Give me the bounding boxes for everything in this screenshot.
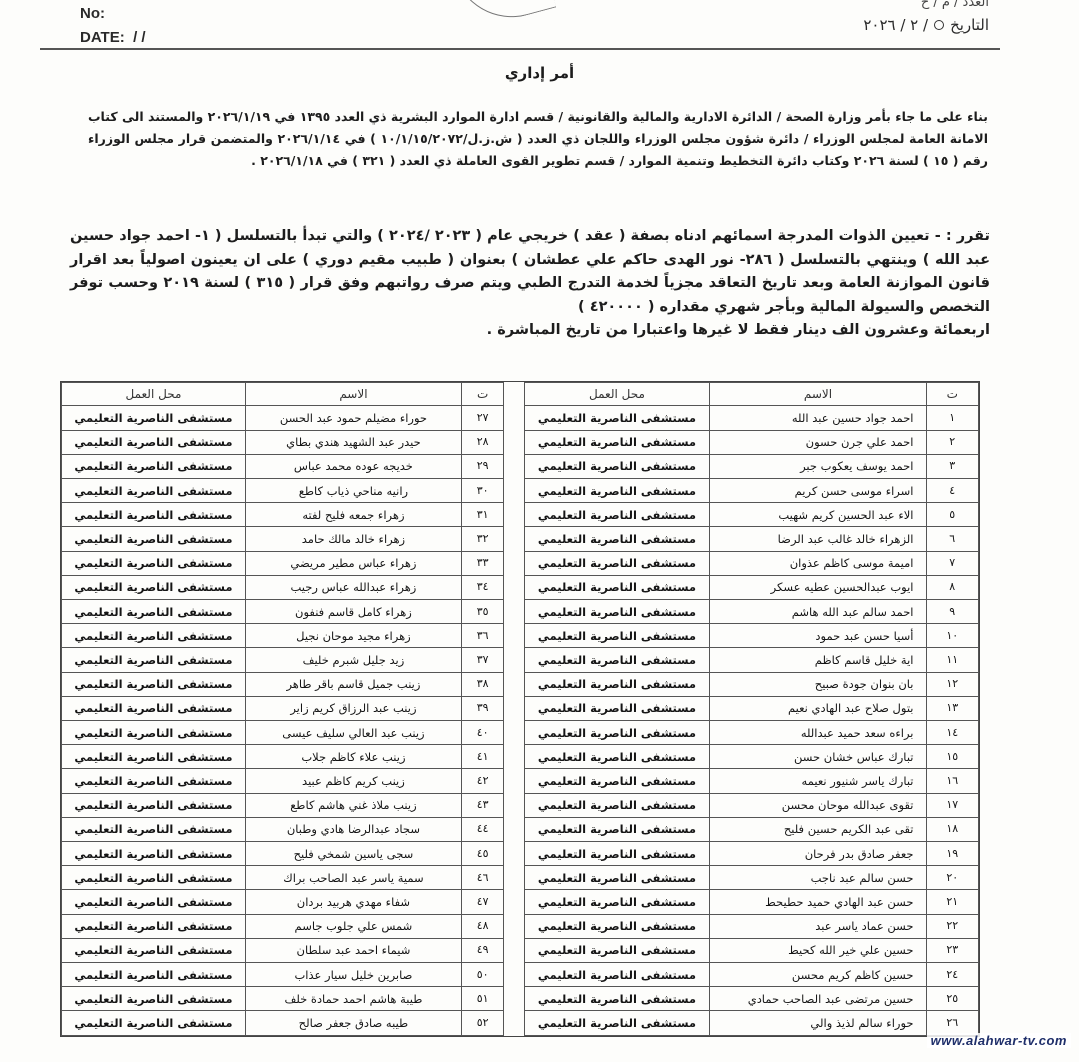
table-row: ٥الاء عبد الحسين كريم شهيبمستشفى الناصري…	[62, 503, 979, 527]
person-name: تقى عبد الكريم حسين فليح	[710, 817, 926, 841]
person-name: حوراء سالم لذيذ والي	[710, 1011, 926, 1036]
row-number: ٤٢	[461, 769, 503, 793]
row-number: ٣٠	[461, 479, 503, 503]
person-name: ايوب عبدالحسين عطيه عسكر	[710, 575, 926, 599]
person-name: احمد علي جرن حسون	[710, 430, 926, 454]
date-field: DATE: / /	[80, 26, 146, 50]
workplace: مستشفى الناصرية التعليمي	[524, 503, 710, 527]
person-name: بتول صلاح عبد الهادي نعيم	[710, 696, 926, 720]
arabic-date-value: / ٢ / ٢٠٢٦	[863, 16, 928, 34]
header-arabic: العدد / م / خ التاريخ / ٢ / ٢٠٢٦	[863, 0, 989, 34]
person-name: زينب كريم كاظم عبيد	[245, 769, 461, 793]
reference-number-partial: العدد / م / خ	[863, 0, 989, 10]
workplace: مستشفى الناصرية التعليمي	[524, 430, 710, 454]
row-number: ٢٩	[461, 454, 503, 478]
table-row: ١٥تبارك عباس خشان حسنمستشفى الناصرية الت…	[62, 745, 979, 769]
row-number: ٣٨	[461, 672, 503, 696]
arabic-date-label: التاريخ	[950, 16, 989, 34]
row-number: ٢٣	[926, 938, 979, 962]
row-number: ٤٤	[461, 817, 503, 841]
header-num-right: ت	[926, 383, 979, 406]
row-number: ٢١	[926, 890, 979, 914]
workplace: مستشفى الناصرية التعليمي	[62, 745, 246, 769]
header-name-right: الاسم	[710, 383, 926, 406]
column-gap	[504, 745, 524, 769]
table-row: ٣احمد يوسف يعكوب جبرمستشفى الناصرية التع…	[62, 454, 979, 478]
row-number: ٦	[926, 527, 979, 551]
person-name: زيد جليل شبرم خليف	[245, 648, 461, 672]
row-number: ٥١	[461, 987, 503, 1011]
column-gap	[504, 672, 524, 696]
header-place-right: محل العمل	[524, 383, 710, 406]
workplace: مستشفى الناصرية التعليمي	[62, 527, 246, 551]
workplace: مستشفى الناصرية التعليمي	[62, 914, 246, 938]
table-header-row: ت الاسم محل العمل ت الاسم محل العمل	[62, 383, 979, 406]
table-body: ١احمد جواد حسين عبد اللهمستشفى الناصرية …	[62, 406, 979, 1036]
workplace: مستشفى الناصرية التعليمي	[524, 842, 710, 866]
row-number: ٤٦	[461, 866, 503, 890]
row-number: ١٨	[926, 817, 979, 841]
row-number: ٢٦	[926, 1011, 979, 1036]
column-gap	[504, 842, 524, 866]
person-name: حيدر عبد الشهيد هندي بطاي	[245, 430, 461, 454]
row-number: ٤٧	[461, 890, 503, 914]
person-name: حسن سالم عبد ناجب	[710, 866, 926, 890]
column-gap	[504, 575, 524, 599]
row-number: ١٧	[926, 793, 979, 817]
column-gap	[504, 963, 524, 987]
table-row: ١٨تقى عبد الكريم حسين فليحمستشفى الناصري…	[62, 817, 979, 841]
workplace: مستشفى الناصرية التعليمي	[62, 963, 246, 987]
workplace: مستشفى الناصرية التعليمي	[524, 745, 710, 769]
workplace: مستشفى الناصرية التعليمي	[524, 551, 710, 575]
workplace: مستشفى الناصرية التعليمي	[62, 890, 246, 914]
person-name: تبارك عباس خشان حسن	[710, 745, 926, 769]
workplace: مستشفى الناصرية التعليمي	[62, 624, 246, 648]
table-row: ٢٠حسن سالم عبد ناجبمستشفى الناصرية التعل…	[62, 866, 979, 890]
workplace: مستشفى الناصرية التعليمي	[524, 721, 710, 745]
person-name: زينب عبد الرزاق كريم زاير	[245, 696, 461, 720]
workplace: مستشفى الناصرية التعليمي	[524, 527, 710, 551]
workplace: مستشفى الناصرية التعليمي	[62, 817, 246, 841]
person-name: زهراء عبدالله عباس رجيب	[245, 575, 461, 599]
person-name: شفاء مهدي هربيد بردان	[245, 890, 461, 914]
row-number: ٥	[926, 503, 979, 527]
table-row: ٤اسراء موسى حسن كريممستشفى الناصرية التع…	[62, 479, 979, 503]
person-name: طيبة هاشم احمد حمادة خلف	[245, 987, 461, 1011]
person-name: تبارك ياسر شنيور نعيمه	[710, 769, 926, 793]
table-row: ٢٦حوراء سالم لذيذ واليمستشفى الناصرية ال…	[62, 1011, 979, 1036]
workplace: مستشفى الناصرية التعليمي	[62, 479, 246, 503]
person-name: زهراء عباس مطير مريضي	[245, 551, 461, 575]
row-number: ٤	[926, 479, 979, 503]
row-number: ٢٤	[926, 963, 979, 987]
column-gap	[504, 503, 524, 527]
workplace: مستشفى الناصرية التعليمي	[62, 454, 246, 478]
row-number: ٣٤	[461, 575, 503, 599]
person-name: احمد جواد حسين عبد الله	[710, 406, 926, 430]
person-name: اية خليل قاسم كاظم	[710, 648, 926, 672]
column-gap	[504, 914, 524, 938]
workplace: مستشفى الناصرية التعليمي	[62, 769, 246, 793]
document-title: أمر إداري	[0, 64, 1079, 82]
person-name: زينب جميل قاسم باقر طاهر	[245, 672, 461, 696]
workplace: مستشفى الناصرية التعليمي	[524, 600, 710, 624]
row-number: ٢	[926, 430, 979, 454]
table-row: ١٦تبارك ياسر شنيور نعيمهمستشفى الناصرية …	[62, 769, 979, 793]
table-row: ٧اميمة موسى كاظم عذوانمستشفى الناصرية ال…	[62, 551, 979, 575]
workplace: مستشفى الناصرية التعليمي	[62, 1011, 246, 1036]
workplace: مستشفى الناصرية التعليمي	[62, 866, 246, 890]
row-number: ٣	[926, 454, 979, 478]
table-row: ١٢بان بنوان جودة صبيحمستشفى الناصرية الت…	[62, 672, 979, 696]
arabic-date-row: التاريخ / ٢ / ٢٠٢٦	[863, 16, 989, 34]
row-number: ١٠	[926, 624, 979, 648]
workplace: مستشفى الناصرية التعليمي	[62, 503, 246, 527]
table-row: ٢١حسن عبد الهادي حميد حطيحطمستشفى الناصر…	[62, 890, 979, 914]
person-name: أسيا حسن عبد حمود	[710, 624, 926, 648]
preamble-paragraph: بناء على ما جاء بأمر وزارة الصحة / الدائ…	[88, 106, 988, 172]
row-number: ٧	[926, 551, 979, 575]
person-name: حوراء مضيلم حمود عبد الحسن	[245, 406, 461, 430]
person-name: طيبه صادق جعفر صالح	[245, 1011, 461, 1036]
row-number: ٤١	[461, 745, 503, 769]
table-row: ١٩جعفر صادق بدر فرحانمستشفى الناصرية الت…	[62, 842, 979, 866]
table-row: ١٣بتول صلاح عبد الهادي نعيممستشفى الناصر…	[62, 696, 979, 720]
workplace: مستشفى الناصرية التعليمي	[524, 648, 710, 672]
table-row: ١١اية خليل قاسم كاظممستشفى الناصرية التع…	[62, 648, 979, 672]
table-row: ٦الزهراء خالد غالب عبد الرضامستشفى الناص…	[62, 527, 979, 551]
workplace: مستشفى الناصرية التعليمي	[62, 575, 246, 599]
column-gap	[504, 479, 524, 503]
table-row: ٨ايوب عبدالحسين عطيه عسكرمستشفى الناصرية…	[62, 575, 979, 599]
person-name: شمس علي جلوب جاسم	[245, 914, 461, 938]
workplace: مستشفى الناصرية التعليمي	[524, 963, 710, 987]
person-name: زينب ملاذ غني هاشم كاطع	[245, 793, 461, 817]
header-divider	[40, 48, 1000, 50]
workplace: مستشفى الناصرية التعليمي	[524, 914, 710, 938]
person-name: بان بنوان جودة صبيح	[710, 672, 926, 696]
workplace: مستشفى الناصرية التعليمي	[62, 551, 246, 575]
workplace: مستشفى الناصرية التعليمي	[524, 769, 710, 793]
number-label: No:	[80, 2, 146, 26]
person-name: رانيه مناحي ذياب كاطع	[245, 479, 461, 503]
workplace: مستشفى الناصرية التعليمي	[524, 406, 710, 430]
workplace: مستشفى الناصرية التعليمي	[524, 1011, 710, 1036]
workplace: مستشفى الناصرية التعليمي	[62, 793, 246, 817]
row-number: ١٦	[926, 769, 979, 793]
person-name: احمد سالم عبد الله هاشم	[710, 600, 926, 624]
decision-text: تقرر : - تعيين الذوات المدرجة اسمائهم اد…	[70, 225, 990, 319]
person-name: زهراء مجيد موحان نجيل	[245, 624, 461, 648]
workplace: مستشفى الناصرية التعليمي	[524, 817, 710, 841]
row-number: ١١	[926, 648, 979, 672]
logo-emblem-arc	[454, 0, 556, 31]
person-name: حسين مرتضى عبد الصاحب حمادي	[710, 987, 926, 1011]
column-gap	[504, 890, 524, 914]
person-name: احمد يوسف يعكوب جبر	[710, 454, 926, 478]
person-name: خديجه عوده محمد عباس	[245, 454, 461, 478]
column-gap	[504, 769, 524, 793]
workplace: مستشفى الناصرية التعليمي	[524, 866, 710, 890]
row-number: ٣١	[461, 503, 503, 527]
column-gap	[504, 648, 524, 672]
table-row: ٢٢حسن عماد ياسر عبدمستشفى الناصرية التعل…	[62, 914, 979, 938]
column-gap	[504, 817, 524, 841]
person-name: صابرين خليل سيار عذاب	[245, 963, 461, 987]
row-number: ٥٢	[461, 1011, 503, 1036]
workplace: مستشفى الناصرية التعليمي	[524, 454, 710, 478]
workplace: مستشفى الناصرية التعليمي	[524, 575, 710, 599]
person-name: الزهراء خالد غالب عبد الرضا	[710, 527, 926, 551]
person-name: تقوى عبدالله موحان محسن	[710, 793, 926, 817]
row-number: ١٥	[926, 745, 979, 769]
row-number: ٣٩	[461, 696, 503, 720]
workplace: مستشفى الناصرية التعليمي	[62, 406, 246, 430]
row-number: ٣٥	[461, 600, 503, 624]
person-name: سجاد عبدالرضا هادي وطبان	[245, 817, 461, 841]
person-name: حسن عبد الهادي حميد حطيحط	[710, 890, 926, 914]
column-gap	[504, 551, 524, 575]
row-number: ١	[926, 406, 979, 430]
decision-paragraph: تقرر : - تعيين الذوات المدرجة اسمائهم اد…	[70, 225, 990, 343]
person-name: سجى ياسين شمخي فليح	[245, 842, 461, 866]
row-number: ٤٩	[461, 938, 503, 962]
column-gap	[504, 454, 524, 478]
decision-text-last-line: اربعمائة وعشرون الف دينار فقط لا غيرها و…	[70, 319, 990, 343]
workplace: مستشفى الناصرية التعليمي	[62, 938, 246, 962]
column-gap	[504, 430, 524, 454]
row-number: ٣٣	[461, 551, 503, 575]
site-watermark: www.alahwar-tv.com	[927, 1033, 1071, 1048]
table-row: ٢٥حسين مرتضى عبد الصاحب حماديمستشفى النا…	[62, 987, 979, 1011]
workplace: مستشفى الناصرية التعليمي	[62, 696, 246, 720]
row-number: ١٩	[926, 842, 979, 866]
column-gap	[504, 600, 524, 624]
header-name-left: الاسم	[245, 383, 461, 406]
table-row: ١٠أسيا حسن عبد حمودمستشفى الناصرية التعل…	[62, 624, 979, 648]
workplace: مستشفى الناصرية التعليمي	[524, 696, 710, 720]
row-number: ٣٢	[461, 527, 503, 551]
workplace: مستشفى الناصرية التعليمي	[62, 600, 246, 624]
row-number: ٤٨	[461, 914, 503, 938]
column-gap	[504, 938, 524, 962]
row-number: ٢٥	[926, 987, 979, 1011]
row-number: ٢٠	[926, 866, 979, 890]
workplace: مستشفى الناصرية التعليمي	[62, 721, 246, 745]
row-number: ٣٦	[461, 624, 503, 648]
table-row: ١احمد جواد حسين عبد اللهمستشفى الناصرية …	[62, 406, 979, 430]
header-num-left: ت	[461, 383, 503, 406]
table-row: ٩احمد سالم عبد الله هاشممستشفى الناصرية …	[62, 600, 979, 624]
workplace: مستشفى الناصرية التعليمي	[62, 672, 246, 696]
person-name: زهراء كامل قاسم فنفون	[245, 600, 461, 624]
person-name: اميمة موسى كاظم عذوان	[710, 551, 926, 575]
column-gap	[504, 1011, 524, 1036]
workplace: مستشفى الناصرية التعليمي	[524, 987, 710, 1011]
person-name: زهراء جمعه فليح لفته	[245, 503, 461, 527]
header-english: No: DATE: / /	[80, 2, 146, 50]
appointees-table: ت الاسم محل العمل ت الاسم محل العمل ١احم…	[60, 381, 980, 1037]
row-number: ٥٠	[461, 963, 503, 987]
workplace: مستشفى الناصرية التعليمي	[62, 648, 246, 672]
person-name: اسراء موسى حسن كريم	[710, 479, 926, 503]
person-name: زينب عبد العالي سليف عيسى	[245, 721, 461, 745]
day-circle-icon	[934, 20, 944, 30]
table-row: ٢٣حسين علي خير الله كحيطمستشفى الناصرية …	[62, 938, 979, 962]
column-gap	[504, 383, 524, 406]
row-number: ١٢	[926, 672, 979, 696]
table-row: ٢احمد علي جرن حسونمستشفى الناصرية التعلي…	[62, 430, 979, 454]
row-number: ١٣	[926, 696, 979, 720]
workplace: مستشفى الناصرية التعليمي	[62, 987, 246, 1011]
workplace: مستشفى الناصرية التعليمي	[524, 890, 710, 914]
person-name: براءه سعد حميد عبدالله	[710, 721, 926, 745]
workplace: مستشفى الناصرية التعليمي	[524, 793, 710, 817]
row-number: ٢٨	[461, 430, 503, 454]
column-gap	[504, 866, 524, 890]
workplace: مستشفى الناصرية التعليمي	[62, 842, 246, 866]
column-gap	[504, 624, 524, 648]
row-number: ٩	[926, 600, 979, 624]
row-number: ٢٧	[461, 406, 503, 430]
column-gap	[504, 406, 524, 430]
person-name: الاء عبد الحسين كريم شهيب	[710, 503, 926, 527]
column-gap	[504, 793, 524, 817]
person-name: حسين علي خير الله كحيط	[710, 938, 926, 962]
person-name: زهراء خالد مالك حامد	[245, 527, 461, 551]
person-name: حسين كاظم كريم محسن	[710, 963, 926, 987]
row-number: ٣٧	[461, 648, 503, 672]
person-name: سمية ياسر عبد الصاحب براك	[245, 866, 461, 890]
workplace: مستشفى الناصرية التعليمي	[524, 938, 710, 962]
column-gap	[504, 721, 524, 745]
table-row: ١٤براءه سعد حميد عبداللهمستشفى الناصرية …	[62, 721, 979, 745]
workplace: مستشفى الناصرية التعليمي	[524, 672, 710, 696]
person-name: جعفر صادق بدر فرحان	[710, 842, 926, 866]
table-row: ٢٤حسين كاظم كريم محسنمستشفى الناصرية الت…	[62, 963, 979, 987]
column-gap	[504, 696, 524, 720]
row-number: ٤٥	[461, 842, 503, 866]
row-number: ١٤	[926, 721, 979, 745]
row-number: ٤٠	[461, 721, 503, 745]
date-label: DATE:	[80, 29, 125, 46]
row-number: ٨	[926, 575, 979, 599]
person-name: حسن عماد ياسر عبد	[710, 914, 926, 938]
workplace: مستشفى الناصرية التعليمي	[62, 430, 246, 454]
date-value: / /	[133, 29, 146, 46]
row-number: ٤٣	[461, 793, 503, 817]
row-number: ٢٢	[926, 914, 979, 938]
person-name: شيماء احمد عبد سلطان	[245, 938, 461, 962]
person-name: زينب علاء كاظم جلاب	[245, 745, 461, 769]
table-row: ١٧تقوى عبدالله موحان محسنمستشفى الناصرية…	[62, 793, 979, 817]
workplace: مستشفى الناصرية التعليمي	[524, 624, 710, 648]
column-gap	[504, 987, 524, 1011]
header-place-left: محل العمل	[62, 383, 246, 406]
workplace: مستشفى الناصرية التعليمي	[524, 479, 710, 503]
column-gap	[504, 527, 524, 551]
